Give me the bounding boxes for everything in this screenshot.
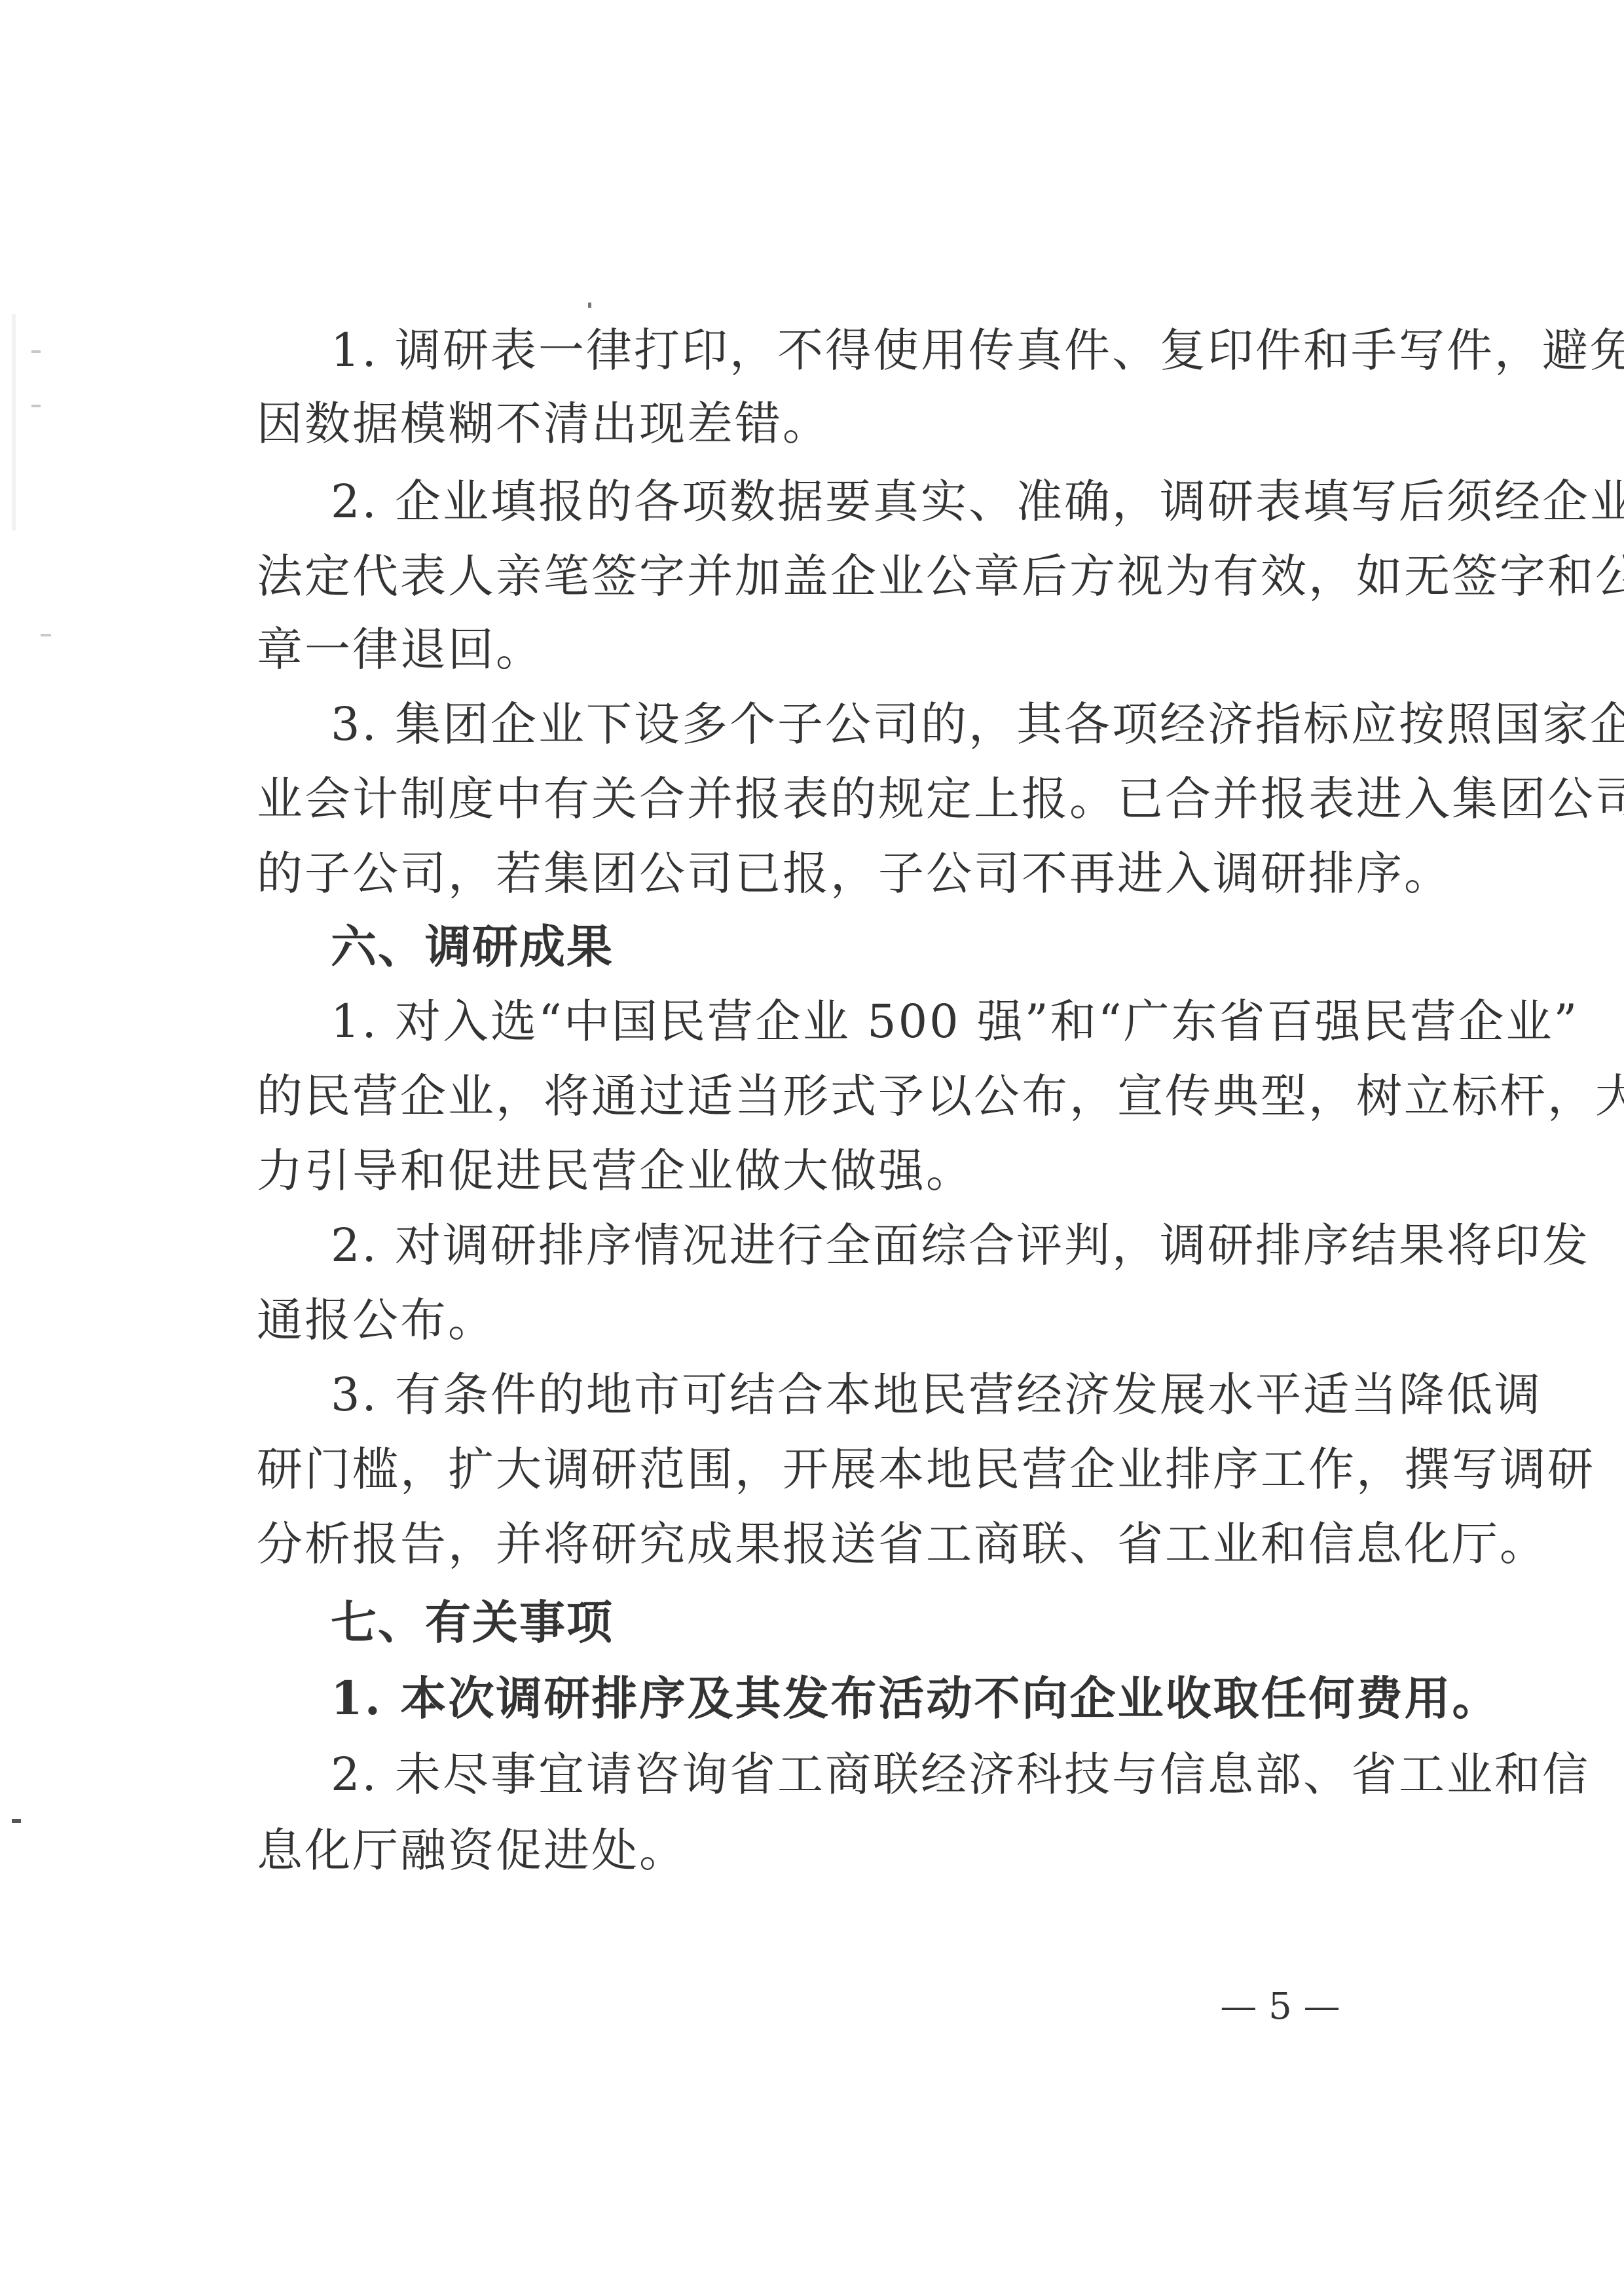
paragraph-2-line-2: 法定代表人亲笔签字并加盖企业公章后方视为有效，如无签字和公	[257, 543, 1416, 609]
results-paragraph-2-line-2: 通报公布。	[257, 1287, 1416, 1353]
matters-paragraph-1-line-1: 1. 本次调研排序及其发布活动不向企业收取任何费用。	[331, 1666, 1416, 1731]
matters-paragraph-2-line-2: 息化厅融资促进处。	[257, 1818, 1416, 1883]
scan-speck	[41, 634, 51, 636]
results-paragraph-1-line-1: 1. 对入选“中国民营企业 500 强”和“广东省百强民营企业”	[331, 989, 1416, 1054]
page-number: — 5 —	[1215, 1987, 1346, 2027]
section-heading-related-matters: 七、有关事项	[331, 1590, 1416, 1655]
scan-speck	[31, 350, 41, 353]
paragraph-3-line-3: 的子公司，若集团公司已报，子公司不再进入调研排序。	[257, 841, 1416, 906]
paragraph-1-line-1: 1. 调研表一律打印，不得使用传真件、复印件和手写件，避免	[331, 318, 1416, 383]
paragraph-2-line-3: 章一律退回。	[257, 617, 1416, 682]
results-paragraph-1-line-2: 的民营企业，将通过适当形式予以公布，宣传典型，树立标杆，大	[257, 1063, 1416, 1129]
results-paragraph-3-line-3: 分析报告，并将研究成果报送省工商联、省工业和信息化厅。	[257, 1511, 1416, 1577]
paragraph-3-line-2: 业会计制度中有关合并报表的规定上报。已合并报表进入集团公司	[257, 766, 1416, 832]
section-heading-results: 六、调研成果	[331, 914, 1416, 980]
document-page: 1. 调研表一律打印，不得使用传真件、复印件和手写件，避免 因数据模糊不清出现差…	[0, 0, 1624, 2295]
scan-speck	[12, 1819, 21, 1823]
results-paragraph-3-line-2: 研门槛，扩大调研范围，开展本地民营企业排序工作，撰写调研	[257, 1437, 1416, 1502]
scan-edge-shadow	[12, 314, 16, 530]
paragraph-1-line-2: 因数据模糊不清出现差错。	[257, 391, 1416, 456]
scan-speck	[588, 303, 591, 308]
paragraph-2-line-1: 2. 企业填报的各项数据要真实、准确，调研表填写后须经企业	[331, 469, 1416, 534]
results-paragraph-1-line-3: 力引导和促进民营企业做大做强。	[257, 1138, 1416, 1203]
results-paragraph-3-line-1: 3. 有条件的地市可结合本地民营经济发展水平适当降低调	[331, 1362, 1416, 1427]
paragraph-3-line-1: 3. 集团企业下设多个子公司的，其各项经济指标应按照国家企	[331, 691, 1416, 757]
results-paragraph-2-line-1: 2. 对调研排序情况进行全面综合评判，调研排序结果将印发	[331, 1213, 1416, 1278]
scan-speck	[31, 405, 41, 407]
matters-paragraph-2-line-1: 2. 未尽事宜请咨询省工商联经济科技与信息部、省工业和信	[331, 1742, 1416, 1807]
